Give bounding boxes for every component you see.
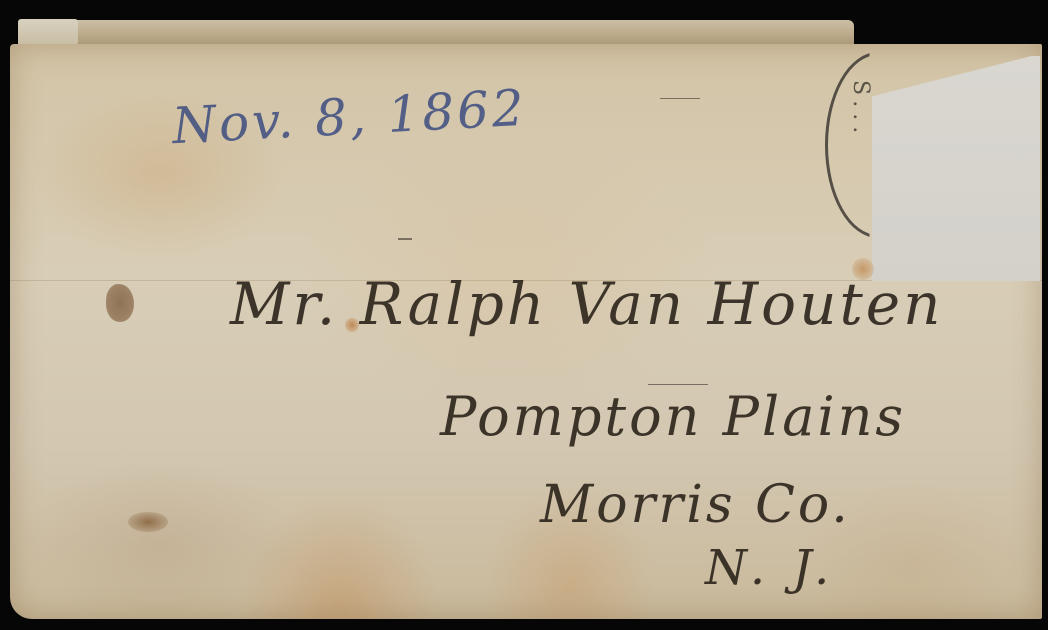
recipient-town: Pompton Plains [440, 385, 906, 448]
recipient-name: Mr. Ralph Van Houten [230, 270, 943, 338]
dirt-stain [128, 512, 168, 532]
ink-speck [398, 238, 412, 240]
ink-speck [660, 98, 700, 99]
folded-top-strip [18, 20, 854, 46]
recipient-county: Morris Co. [540, 475, 851, 535]
postmark-text: S... [848, 80, 873, 139]
ink-speck [648, 384, 708, 385]
recipient-state: N. J. [705, 540, 835, 596]
envelope-photo: S... Nov. 8, 1862 Mr. Ralph Van Houten P… [0, 0, 1048, 630]
wax-stain [106, 284, 134, 322]
torn-corner-tab [18, 19, 78, 45]
